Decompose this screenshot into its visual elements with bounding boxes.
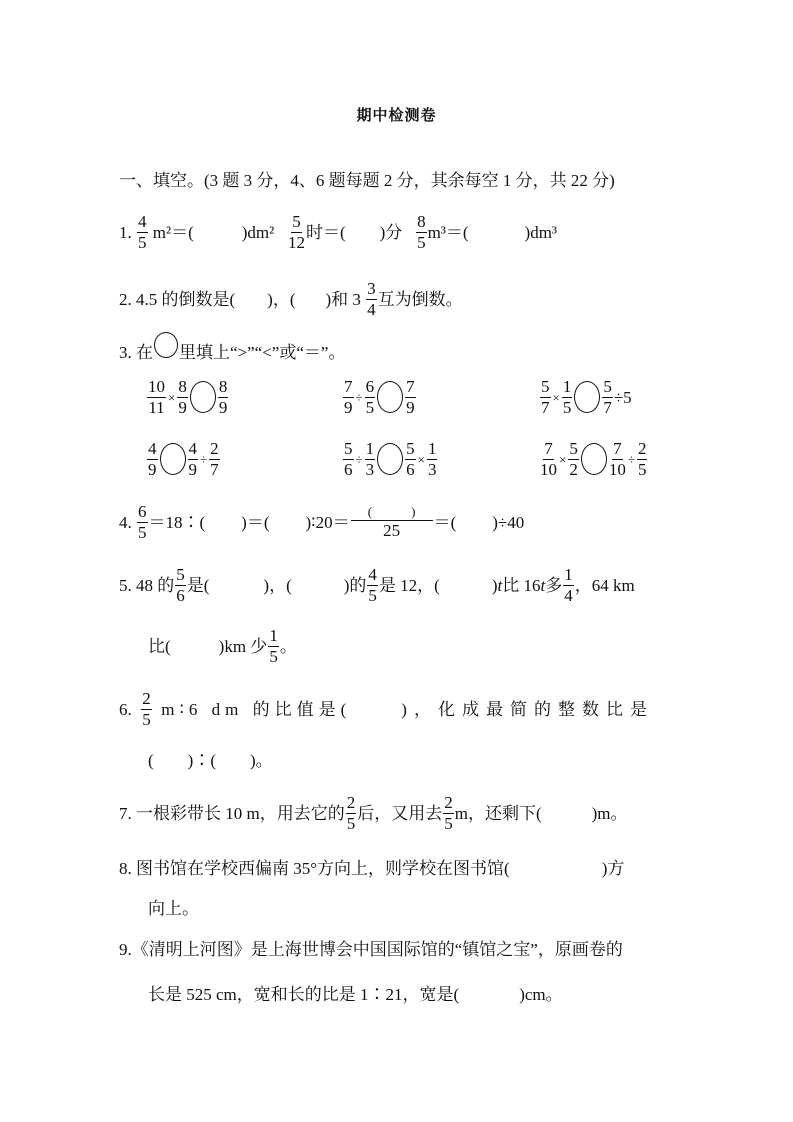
- text: 6: [137, 503, 148, 523]
- text: 5: [563, 398, 572, 417]
- text: 9: [189, 460, 198, 479]
- text: m∶6 dm 的比值是(: [161, 701, 351, 718]
- fraction: 1011: [147, 378, 166, 417]
- text: 8: [218, 378, 229, 398]
- text: 1: [562, 378, 573, 398]
- text: 7: [543, 440, 554, 460]
- text: 3: [428, 460, 437, 479]
- text: 5: [175, 566, 186, 586]
- fraction: 56: [405, 440, 416, 479]
- text: 5: [568, 440, 579, 460]
- fraction: 57: [540, 378, 551, 417]
- fraction: 89: [177, 378, 188, 417]
- operator: ×: [418, 453, 425, 466]
- text: 图书馆在学校西偏南 35°方向上，则学校在图书馆(: [136, 860, 510, 877]
- text: ，64 km: [575, 577, 635, 594]
- compare-item-5: 56 ÷ 13 56 × 13: [342, 440, 438, 479]
- text: 8: [416, 213, 427, 233]
- fraction: 65: [365, 378, 376, 417]
- fraction: 15: [562, 378, 573, 417]
- operator: ÷: [628, 453, 635, 466]
- text: )＝(: [241, 514, 269, 531]
- text: )，(: [267, 291, 295, 308]
- compare-item-1: 1011 × 89 89: [146, 378, 229, 417]
- text: 5: [343, 440, 354, 460]
- fraction: 25: [141, 690, 152, 729]
- text: 6: [406, 460, 415, 479]
- text: 时＝(: [306, 224, 346, 241]
- fraction: 79: [405, 378, 416, 417]
- text: )dm²: [242, 224, 274, 241]
- text: 4: [147, 440, 158, 460]
- text: 3: [366, 280, 377, 300]
- text: 2: [637, 440, 648, 460]
- compare-circle-input[interactable]: [190, 381, 216, 413]
- text: 2: [569, 460, 578, 479]
- text: 7: [612, 440, 623, 460]
- text: )dm³: [525, 224, 557, 241]
- text: 多: [545, 577, 562, 594]
- question-number: 4.: [119, 514, 132, 531]
- text: 10: [147, 378, 166, 398]
- text: 7: [541, 398, 550, 417]
- text: 48 的: [136, 577, 174, 594]
- fraction: 15: [268, 627, 279, 666]
- text: 9: [148, 460, 157, 479]
- text: 一根彩带长 10 m，用去它的: [136, 805, 345, 822]
- text: 25: [383, 521, 400, 540]
- text: 《清明上河图》是上海世博会中国国际馆的“镇馆之宝”，原画卷的: [132, 941, 623, 958]
- text: 6: [344, 460, 353, 479]
- fraction: 57: [602, 378, 613, 417]
- question-7: 7. 一根彩带长 10 m，用去它的 25 后，又用去 25 m，还剩下( )m…: [119, 794, 628, 833]
- fraction: 49: [147, 440, 158, 479]
- text: )方: [602, 860, 625, 877]
- text: 5: [138, 523, 147, 542]
- text: 1: [365, 440, 376, 460]
- text: )÷40: [492, 514, 524, 531]
- text: 11: [148, 398, 164, 417]
- text: m²＝(: [153, 224, 194, 241]
- compare-circle-input[interactable]: [377, 381, 403, 413]
- compare-item-4: 49 49 ÷ 27: [146, 440, 221, 479]
- blank-fraction[interactable]: ( )25: [351, 505, 433, 539]
- text: 向上。: [148, 900, 199, 917]
- text: 。: [280, 638, 297, 655]
- text: 1: [268, 627, 279, 647]
- text: 6: [365, 378, 376, 398]
- fraction: 79: [343, 378, 354, 417]
- text: )的: [344, 577, 367, 594]
- question-2: 2. 4.5 的倒数是( )，( )和 3 34 互为倒数。: [119, 280, 463, 319]
- text: 7: [343, 378, 354, 398]
- text: 5: [638, 460, 647, 479]
- text: )和 3: [326, 291, 361, 308]
- text: 4: [367, 300, 376, 319]
- text: m，还剩下(: [455, 805, 542, 822]
- text: )m。: [592, 805, 628, 822]
- text: 9: [344, 398, 353, 417]
- compare-circle-input[interactable]: [160, 443, 186, 475]
- fraction: 45: [367, 566, 378, 605]
- question-8-line-2: 向上。: [148, 900, 199, 917]
- text: 比(: [148, 638, 171, 655]
- question-1: 1. 45 m²＝( )dm² 512 时＝( )分 85 m³＝( )dm³: [119, 213, 557, 252]
- text: 是(: [187, 577, 210, 594]
- compare-circle-input[interactable]: [581, 443, 607, 475]
- text: 互为倒数。: [378, 291, 463, 308]
- text: 9: [406, 398, 415, 417]
- fraction: 65: [137, 503, 148, 542]
- fraction: 710: [609, 440, 626, 479]
- text: 4: [137, 213, 148, 233]
- operator: ÷: [356, 391, 363, 404]
- text: 在: [136, 344, 153, 361]
- text: 4: [564, 586, 573, 605]
- fraction: 56: [343, 440, 354, 479]
- question-6: 6. 25 m∶6 dm 的比值是( )，化成最简的整数比是: [119, 690, 654, 729]
- operator: ÷: [200, 453, 207, 466]
- fraction: 85: [416, 213, 427, 252]
- circle-icon: [154, 332, 178, 358]
- fraction: 56: [175, 566, 186, 605]
- fraction: 27: [209, 440, 220, 479]
- text: 5: [417, 233, 426, 252]
- text: 4.5 的倒数是(: [136, 291, 235, 308]
- question-number: 3.: [119, 344, 132, 361]
- compare-circle-input[interactable]: [377, 443, 403, 475]
- compare-circle-input[interactable]: [574, 381, 600, 413]
- fraction: 52: [568, 440, 579, 479]
- text: 6: [176, 586, 185, 605]
- compare-item-3: 57 × 15 57 ÷5: [539, 378, 632, 417]
- question-number: 8.: [119, 860, 132, 877]
- text: )，化成最简的整数比是: [401, 701, 654, 718]
- text: 5: [269, 647, 278, 666]
- fraction: 49: [188, 440, 199, 479]
- fraction: 25: [443, 794, 454, 833]
- text: 5: [540, 378, 551, 398]
- text: 5: [347, 814, 356, 833]
- text: 1: [427, 440, 438, 460]
- question-number: 6.: [119, 701, 132, 718]
- question-number: 7.: [119, 805, 132, 822]
- text: 7: [603, 398, 612, 417]
- text: 7: [405, 378, 416, 398]
- section-heading: 一、填空。(3 题 3 分，4、6 题每题 2 分，其余每空 1 分，共 22 …: [119, 172, 615, 189]
- text: 2: [346, 794, 357, 814]
- text: 5: [368, 586, 377, 605]
- text: ＝(: [434, 514, 457, 531]
- operator: ×: [168, 391, 175, 404]
- question-8: 8. 图书馆在学校西偏南 35°方向上，则学校在图书馆( )方: [119, 860, 624, 877]
- operator: ×: [559, 453, 566, 466]
- text: 2: [443, 794, 454, 814]
- text: 9: [178, 398, 187, 417]
- text: 后，又用去: [357, 805, 442, 822]
- fraction: 25: [346, 794, 357, 833]
- text: 4: [188, 440, 199, 460]
- text: 5: [602, 378, 613, 398]
- text: 5: [142, 710, 151, 729]
- text: )，(: [263, 577, 291, 594]
- operator: ÷: [356, 453, 363, 466]
- text: 长是 525 cm，宽和长的比是 1∶21，宽是(: [148, 986, 459, 1003]
- question-9: 9. 《清明上河图》是上海世博会中国国际馆的“镇馆之宝”，原画卷的: [119, 941, 623, 958]
- fraction: 13: [365, 440, 376, 479]
- text: 1: [563, 566, 574, 586]
- text: ÷5: [614, 389, 632, 406]
- question-number: 1.: [119, 224, 132, 241]
- fraction: 13: [427, 440, 438, 479]
- text: 5: [444, 814, 453, 833]
- compare-item-2: 79 ÷ 65 79: [342, 378, 417, 417]
- page-title: 期中检测卷: [0, 104, 793, 125]
- text: 8: [177, 378, 188, 398]
- text: )cm。: [519, 986, 562, 1003]
- text: 3: [366, 460, 375, 479]
- question-number: 2.: [119, 291, 132, 308]
- text: 5: [405, 440, 416, 460]
- question-4: 4. 65 ＝18∶( )＝( )∶20＝ ( )25 ＝( )÷40: [119, 503, 524, 542]
- text: 里填上“>”“<”或“＝”。: [179, 344, 345, 361]
- text: 2: [141, 690, 152, 710]
- operator: ×: [553, 391, 560, 404]
- question-3: 3. 在 里填上“>”“<”或“＝”。: [119, 344, 345, 361]
- question-5: 5. 48 的 56 是( )，( )的 45 是 12，( )t 比 16 t…: [119, 566, 635, 605]
- text: 比 16: [502, 577, 540, 594]
- fraction: 89: [218, 378, 229, 417]
- text: )分: [380, 224, 403, 241]
- text: ＝18∶(: [149, 514, 206, 531]
- text: 10: [540, 460, 557, 479]
- text: 12: [288, 233, 305, 252]
- compare-item-6: 710 × 52 710 ÷ 25: [539, 440, 648, 479]
- text: 5: [366, 398, 375, 417]
- text: 10: [609, 460, 626, 479]
- question-6-line-2: ( )∶( )。: [148, 752, 273, 769]
- question-5-line-2: 比( )km 少 15 。: [148, 627, 297, 666]
- text: )km 少: [219, 638, 268, 655]
- text: ( ): [351, 505, 433, 521]
- fraction: 14: [563, 566, 574, 605]
- fraction: 25: [637, 440, 648, 479]
- fraction: 34: [366, 280, 377, 319]
- question-number: 9.: [119, 941, 132, 958]
- text: 5: [291, 213, 302, 233]
- text: 4: [367, 566, 378, 586]
- fraction: 710: [540, 440, 557, 479]
- fraction: 45: [137, 213, 148, 252]
- text: 7: [210, 460, 219, 479]
- text: )∶20＝: [306, 514, 350, 531]
- ratio-blanks[interactable]: ( )∶( )。: [148, 752, 273, 769]
- text: 是 12，(: [379, 577, 440, 594]
- text: 2: [209, 440, 220, 460]
- text: m³＝(: [428, 224, 469, 241]
- text: 5: [138, 233, 147, 252]
- question-9-line-2: 长是 525 cm，宽和长的比是 1∶21，宽是( )cm。: [148, 986, 563, 1003]
- fraction: 512: [288, 213, 305, 252]
- text: 9: [219, 398, 228, 417]
- section-heading-text: 一、填空。(3 题 3 分，4、6 题每题 2 分，其余每空 1 分，共 22 …: [119, 172, 615, 189]
- question-number: 5.: [119, 577, 132, 594]
